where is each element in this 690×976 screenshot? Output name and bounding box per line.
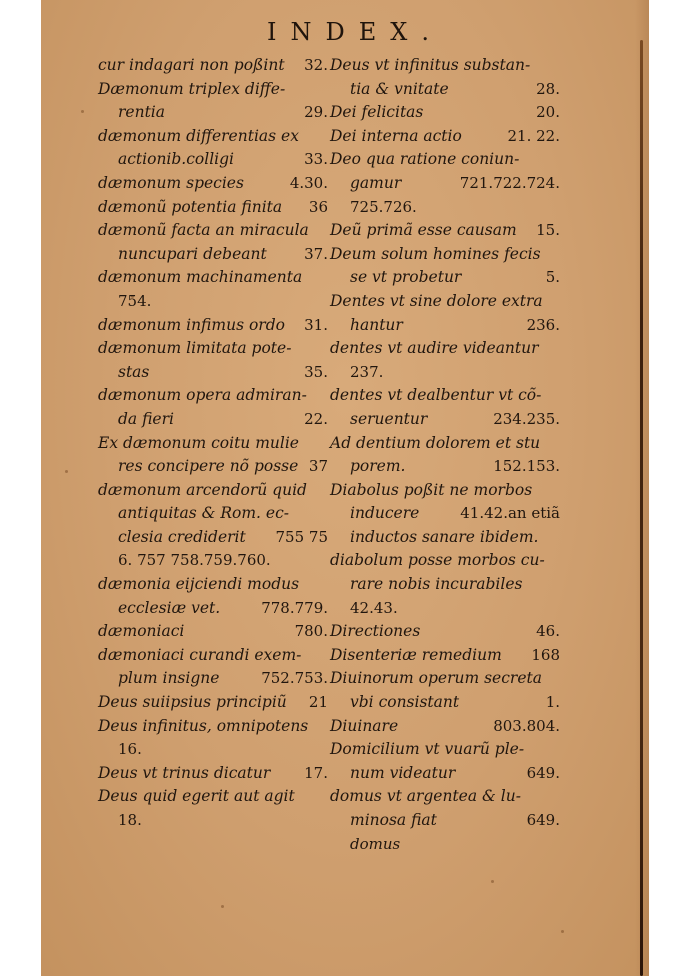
index-page-reference: 21. 22. [508,125,560,149]
index-page-reference: 6. 757 758.759.760. [118,549,271,573]
index-entry-text: ecclesiæ vet. [118,597,220,621]
index-entry-text: Ad dentium dolorem et stu [330,432,540,456]
index-entry-line: actionib.colligi33. [98,148,328,172]
index-entry-text: rentia [118,101,165,125]
index-entry-line: minosa fiat649. [330,809,560,833]
index-entry-text: Deus vt trinus dicatur [98,762,270,786]
index-entry-line: gamur721.722.724. [330,172,560,196]
index-entry-text: dæmonum arcendorũ quid [98,479,307,503]
index-page-reference: 18. [118,809,142,833]
index-entry-text: dæmonum machinamenta [98,266,302,290]
index-entry-text: se vt probetur [350,266,461,290]
index-entry-text: Deũ primã esse causam [330,219,517,243]
index-entry-line: ecclesiæ vet.778.779. [98,597,328,621]
index-entry-line: dæmonum opera admiran- [98,384,328,408]
index-page-reference: 237. [350,361,383,385]
index-column-right: Deus vt infinitus substan-tia & vnitate2… [330,54,560,856]
index-page-reference: 752.753. [261,667,328,691]
index-entry-line: hantur236. [330,314,560,338]
index-entry-text: inducere [350,502,419,526]
index-entry-line: antiquitas & Rom. ec- [98,502,328,526]
index-page-reference: 649. [527,809,560,833]
index-entry-line: Domicilium vt vuarũ ple- [330,738,560,762]
index-entry-line: Directiones46. [330,620,560,644]
index-entry-line: dentes vt dealbentur vt cõ- [330,384,560,408]
index-entry-text: Dentes vt sine dolore extra [330,290,543,314]
index-page-reference: 37. [304,243,328,267]
index-entry-text: res concipere nõ posse [118,455,298,479]
index-entry-text: clesia crediderit [118,526,246,550]
index-page-reference: 5. [546,266,560,290]
index-entry-text: dæmoniaci curandi exem- [98,644,301,668]
index-page-reference: 168 [531,644,560,668]
index-entry-text: Dei interna actio [330,125,462,149]
index-entry-text: seruentur [350,408,427,432]
index-entry-text: antiquitas & Rom. ec- [118,502,289,526]
index-entry-text: cur indagari non poßint [98,54,285,78]
index-entry-line: Deus quid egerit aut agit [98,785,328,809]
index-entry-line: dæmoniaci780. [98,620,328,644]
index-page-reference: 780. [295,620,328,644]
index-entry-text: actionib.colligi [118,148,234,172]
index-entry-line: dæmonia eijciendi modus [98,573,328,597]
index-page-reference: 721.722.724. [460,172,560,196]
index-entry-text: Diuinare [330,715,398,739]
index-entry-line: 42.43. [330,597,560,621]
index-entry-text: Diuinorum operum secreta [330,667,542,691]
index-entry-text: inductos sanare ibidem. [350,526,538,550]
index-page-reference: 1. [546,691,560,715]
index-entry-line: Deus infinitus, omnipotens [98,715,328,739]
index-entry-line: Dei interna actio21. 22. [330,125,560,149]
index-entry-text: domus vt argentea & lu- [330,785,521,809]
index-entry-line: vbi consistant1. [330,691,560,715]
index-column-left: cur indagari non poßint32.Dæmonum triple… [98,54,328,833]
index-page-reference: 16. [118,738,142,762]
paper-speck [65,470,68,473]
index-page-reference: 803.804. [493,715,560,739]
index-entry-text: dentes vt audire videantur [330,337,539,361]
index-entry-line: 6. 757 758.759.760. [98,549,328,573]
index-entry-line: num videatur649. [330,762,560,786]
index-entry-line: inductos sanare ibidem. [330,526,560,550]
index-entry-line: dæmonũ facta an miracula [98,219,328,243]
index-entry-text: minosa fiat [350,809,437,833]
index-entry-text: dæmonum infimus ordo [98,314,285,338]
index-page-reference: 36 [309,196,328,220]
index-entry-line: nuncupari debeant37. [98,243,328,267]
index-entry-text: Deo qua ratione coniun- [330,148,519,172]
index-entry-text: dæmonũ potentia finita [98,196,282,220]
index-entry-text: dæmonia eijciendi modus [98,573,299,597]
paper-speck [561,930,564,933]
index-entry-text: Disenteriæ remedium [330,644,502,668]
index-entry-text: dæmonum species [98,172,244,196]
index-page-reference: 35. [304,361,328,385]
index-entry-text: Domicilium vt vuarũ ple- [330,738,524,762]
index-page-reference: 649. [527,762,560,786]
index-page-reference: 33. [304,148,328,172]
index-entry-text: dæmonũ facta an miracula [98,219,309,243]
index-entry-line: Deus vt infinitus substan- [330,54,560,78]
index-entry-text: Diabolus poßit ne morbos [330,479,532,503]
index-entry-text: Deus infinitus, omnipotens [98,715,308,739]
index-entry-text: plum insigne [118,667,219,691]
index-entry-line: Dæmonum triplex diffe- [98,78,328,102]
index-entry-text: Deus quid egerit aut agit [98,785,295,809]
index-entry-text: Deus suiipsius principiũ [98,691,287,715]
index-entry-line: 16. [98,738,328,762]
index-entry-line: tia & vnitate28. [330,78,560,102]
index-entry-line: rare nobis incurabiles [330,573,560,597]
index-page-reference: 234.235. [493,408,560,432]
index-page-reference: 28. [536,78,560,102]
index-entry-line: domus [330,833,560,857]
index-entry-text: vbi consistant [350,691,459,715]
index-entry-line: dæmonum infimus ordo31. [98,314,328,338]
index-entry-line: Ad dentium dolorem et stu [330,432,560,456]
index-page-reference: 31. [304,314,328,338]
index-entry-text: num videatur [350,762,455,786]
page-edge-shadow [635,0,649,976]
index-page-reference: 22. [304,408,328,432]
index-page-reference: 4.30. [290,172,328,196]
index-entry-line: diabolum posse morbos cu- [330,549,560,573]
index-entry-text: Ex dæmonum coitu mulie [98,432,299,456]
index-entry-line: Deo qua ratione coniun- [330,148,560,172]
index-page-reference: 17. [304,762,328,786]
index-entry-line: dæmonum differentias ex [98,125,328,149]
index-entry-line: Dentes vt sine dolore extra [330,290,560,314]
index-page-reference: 41.42.an etiã [460,502,560,526]
index-entry-line: Dei felicitas20. [330,101,560,125]
running-head: INDEX. [41,18,649,46]
index-entry-text: nuncupari debeant [118,243,267,267]
index-entry-line: dæmonum limitata pote- [98,337,328,361]
index-entry-text: gamur [350,172,401,196]
index-entry-text: Dæmonum triplex diffe- [98,78,285,102]
index-page-reference: 725.726. [350,196,417,220]
index-entry-line: cur indagari non poßint32. [98,54,328,78]
index-entry-text: porem. [350,455,405,479]
index-entry-text: tia & vnitate [350,78,449,102]
index-entry-line: 754. [98,290,328,314]
index-entry-line: Disenteriæ remedium168 [330,644,560,668]
index-entry-text: Dei felicitas [330,101,423,125]
index-entry-line: Diuinorum operum secreta [330,667,560,691]
index-entry-line: domus vt argentea & lu- [330,785,560,809]
index-entry-line: da fieri22. [98,408,328,432]
index-entry-line: 237. [330,361,560,385]
index-page-reference: 236. [527,314,560,338]
index-page-reference: 29. [304,101,328,125]
index-entry-line: rentia29. [98,101,328,125]
index-page-reference: 755 75 [276,526,329,550]
index-entry-text: da fieri [118,408,174,432]
index-entry-line: porem.152.153. [330,455,560,479]
index-page-reference: domus [350,833,400,857]
index-page-reference: 754. [118,290,151,314]
index-entry-text: rare nobis incurabiles [350,573,522,597]
index-entry-text: diabolum posse morbos cu- [330,549,545,573]
index-page-reference: 37 [309,455,328,479]
index-entry-line: 725.726. [330,196,560,220]
index-entry-line: Ex dæmonum coitu mulie [98,432,328,456]
index-entry-text: hantur [350,314,403,338]
paper-speck [81,110,84,113]
index-page-reference: 20. [536,101,560,125]
index-entry-line: plum insigne752.753. [98,667,328,691]
paper-speck [221,905,224,908]
index-page-reference: 778.779. [261,597,328,621]
index-entry-line: dæmonum machinamenta [98,266,328,290]
index-page-reference: 46. [536,620,560,644]
index-entry-text: dæmonum differentias ex [98,125,299,149]
index-page-reference: 152.153. [493,455,560,479]
index-entry-text: Deus vt infinitus substan- [330,54,530,78]
index-entry-line: Deũ primã esse causam15. [330,219,560,243]
index-entry-line: dæmonum arcendorũ quid [98,479,328,503]
index-entry-line: res concipere nõ posse37 [98,455,328,479]
index-page-reference: 32. [304,54,328,78]
index-entry-text: dæmonum limitata pote- [98,337,291,361]
index-page-reference: 42.43. [350,597,398,621]
index-entry-line: Deum solum homines fecis [330,243,560,267]
index-entry-line: dentes vt audire videantur [330,337,560,361]
index-entry-line: Deus vt trinus dicatur17. [98,762,328,786]
index-entry-line: Diabolus poßit ne morbos [330,479,560,503]
paper-speck [491,880,494,883]
index-entry-line: Deus suiipsius principiũ21 [98,691,328,715]
index-entry-line: dæmonũ potentia finita36 [98,196,328,220]
index-entry-line: dæmonum species4.30. [98,172,328,196]
index-entry-line: dæmoniaci curandi exem- [98,644,328,668]
index-page-reference: 15. [536,219,560,243]
index-entry-line: seruentur234.235. [330,408,560,432]
index-entry-text: Deum solum homines fecis [330,243,541,267]
index-entry-line: stas35. [98,361,328,385]
index-entry-text: dæmonum opera admiran- [98,384,307,408]
index-entry-text: stas [118,361,149,385]
index-entry-text: dæmoniaci [98,620,184,644]
index-entry-line: 18. [98,809,328,833]
index-entry-text: Directiones [330,620,420,644]
index-entry-line: Diuinare803.804. [330,715,560,739]
index-entry-line: clesia crediderit755 75 [98,526,328,550]
index-entry-text: dentes vt dealbentur vt cõ- [330,384,541,408]
index-entry-line: se vt probetur5. [330,266,560,290]
index-entry-line: inducere41.42.an etiã [330,502,560,526]
index-page-reference: 21 [309,691,328,715]
